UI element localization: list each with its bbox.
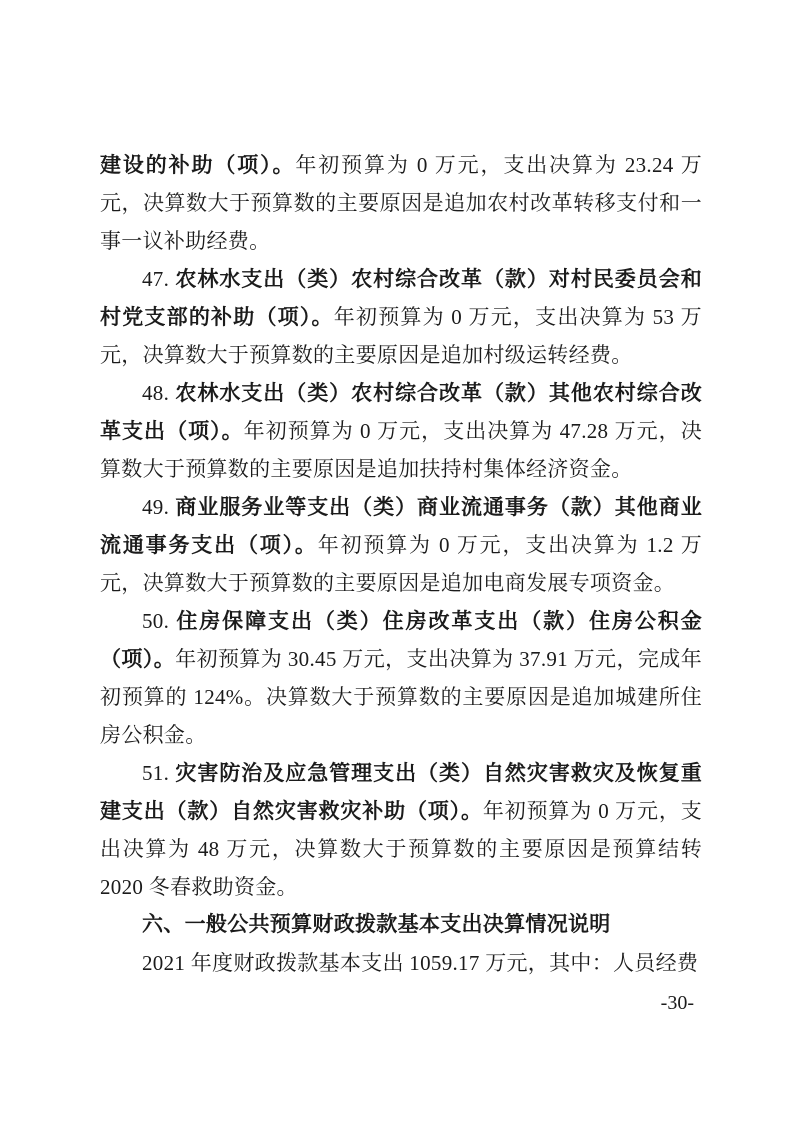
item-number: 49. [142, 495, 175, 519]
expense-item-title: 建设的补助（项）。 [100, 153, 295, 177]
item-number: 48. [142, 381, 175, 405]
section-heading: 六、一般公共预算财政拨款基本支出决算情况说明 [100, 906, 702, 944]
item-number: 51. [142, 761, 175, 785]
paragraph-47: 47. 农林水支出（类）农村综合改革（款）对村民委员会和村党支部的补助（项）。年… [100, 260, 702, 374]
paragraph-48: 48. 农林水支出（类）农村综合改革（款）其他农村综合改革支出（项）。年初预算为… [100, 374, 702, 488]
item-number: 47. [142, 267, 175, 291]
paragraph-49: 49. 商业服务业等支出（类）商业流通事务（款）其他商业流通事务支出（项）。年初… [100, 488, 702, 602]
document-page: 建设的补助（项）。年初预算为 0 万元，支出决算为 23.24 万元，决算数大于… [0, 0, 793, 1122]
paragraph-50: 50. 住房保障支出（类）住房改革支出（款）住房公积金（项）。年初预算为 30.… [100, 602, 702, 754]
page-number: -30- [661, 991, 694, 1015]
expense-item-description: 年初预算为 30.45 万元，支出决算为 37.91 万元，完成年初预算的 12… [100, 647, 702, 747]
closing-paragraph: 2021 年度财政拨款基本支出 1059.17 万元，其中：人员经费 [100, 944, 702, 982]
item-number: 50. [142, 609, 176, 633]
paragraph-continued: 建设的补助（项）。年初预算为 0 万元，支出决算为 23.24 万元，决算数大于… [100, 146, 702, 260]
document-body: 建设的补助（项）。年初预算为 0 万元，支出决算为 23.24 万元，决算数大于… [100, 146, 702, 982]
paragraph-51: 51. 灾害防治及应急管理支出（类）自然灾害救灾及恢复重建支出（款）自然灾害救灾… [100, 754, 702, 906]
